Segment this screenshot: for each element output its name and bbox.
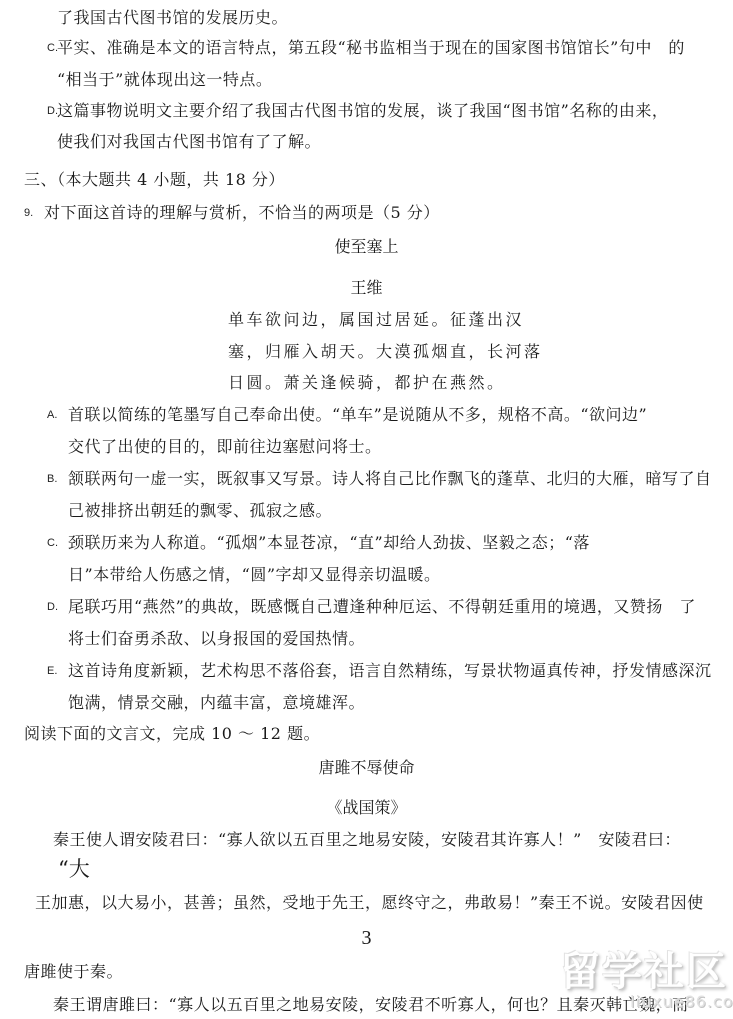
option-label-a: A. — [47, 405, 57, 425]
option-a-line-2: 交代了出使的目的，即前往边塞慰问将士。 — [68, 437, 382, 457]
option-d-prev-line-1: 这篇事物说明文主要介绍了我国古代图书馆的发展，谈了我国“图书馆”名称的由来， — [57, 101, 668, 121]
option-c-line-2: 日”本带给人伤感之情，“圆”字却又显得亲切温暖。 — [68, 565, 441, 585]
option-d-line-2: 将士们奋勇杀敌、以身报国的爱国热情。 — [68, 629, 365, 649]
option-e-line-2: 饱满，情景交融，内蕴丰富，意境雄浑。 — [68, 693, 365, 713]
option-b-line-1: 颔联两句一虚一实，既叙事又写景。诗人将自己比作飘飞的蓬草、北归的大雁，暗写了自 — [68, 469, 712, 489]
option-label-b: B. — [47, 469, 57, 489]
option-d-prev-line-2: 使我们对我国古代图书馆有了了解。 — [57, 132, 321, 152]
page-number: 3 — [0, 926, 733, 950]
option-label-d: D. — [47, 597, 58, 617]
poem-author: 王维 — [0, 278, 733, 298]
option-c-prev-line-2: “相当于”就体现出这一特点。 — [57, 70, 272, 90]
option-c-prev-line-1: 平实、准确是本文的语言特点，第五段“秘书监相当于现在的国家图书馆馆长”句中 的 — [57, 38, 685, 58]
question-9-prompt: 对下面这首诗的理解与赏析，不恰当的两项是（5 分） — [44, 203, 440, 223]
classical-text-title: 唐雎不辱使命 — [0, 758, 733, 778]
poem-line-1: 单车欲问边，属国过居延。征蓬出汉 — [228, 310, 524, 330]
classical-para1-line-1: 秦王使人谓安陵君曰：“寡人欲以五百里之地易安陵，安陵君其许寡人！” 安陵君曰： — [53, 830, 681, 850]
classical-para1-big-quote: “大 — [58, 856, 90, 882]
poem-line-2: 塞，归雁入胡天。大漠孤烟直，长河落 — [228, 342, 543, 362]
option-e-line-1: 这首诗角度新颖，艺术构思不落俗套，语言自然精练，写景状物逼真传神，抒发情感深沉 — [68, 661, 712, 681]
option-d-line-1: 尾联巧用“燕然”的典故，既感慨自己遭逢种种厄运、不得朝廷重用的境遇，又赞扬 了 — [68, 597, 696, 617]
option-b-line-2: 己被排挤出朝廷的飘零、孤寂之感。 — [68, 501, 332, 521]
watermark-main-text: 留学社区 — [560, 950, 728, 994]
section-heading: 三、（本大题共 4 小题，共 18 分） — [24, 170, 285, 190]
classical-text-source: 《战国策》 — [0, 798, 733, 818]
option-label-e: E. — [47, 661, 57, 681]
option-label-c: C. — [47, 533, 58, 553]
option-a-line-1: 首联以简练的笔墨写自己奉命出使。“单车”是说随从不多，规格不高。“欲问边” — [68, 405, 647, 425]
poem-line-3: 日圆。萧关逢候骑，都护在燕然。 — [228, 373, 506, 393]
classical-para1-line-2: 王加惠，以大易小，甚善；虽然，受地于先王，愿终守之，弗敢易！”秦王不说。安陵君因… — [35, 893, 704, 913]
classical-para1-line-3: 唐雎使于秦。 — [24, 962, 123, 982]
option-b-continuation: 了我国古代图书馆的发展历史。 — [57, 8, 288, 28]
option-c-line-1: 颈联历来为人称道。“孤烟”本显苍凉，“直”却给人劲拔、坚毅之态；“落 — [68, 533, 590, 553]
poem-title: 使至塞上 — [0, 237, 733, 257]
reading-instruction: 阅读下面的文言文，完成 10 ～ 12 题。 — [24, 724, 320, 744]
question-9-number: 9. — [24, 203, 33, 223]
classical-para2-line-1: 秦王谓唐雎曰：“寡人以五百里之地易安陵，安陵君不听寡人，何也？且秦灭韩亡魏，而 — [53, 995, 689, 1015]
